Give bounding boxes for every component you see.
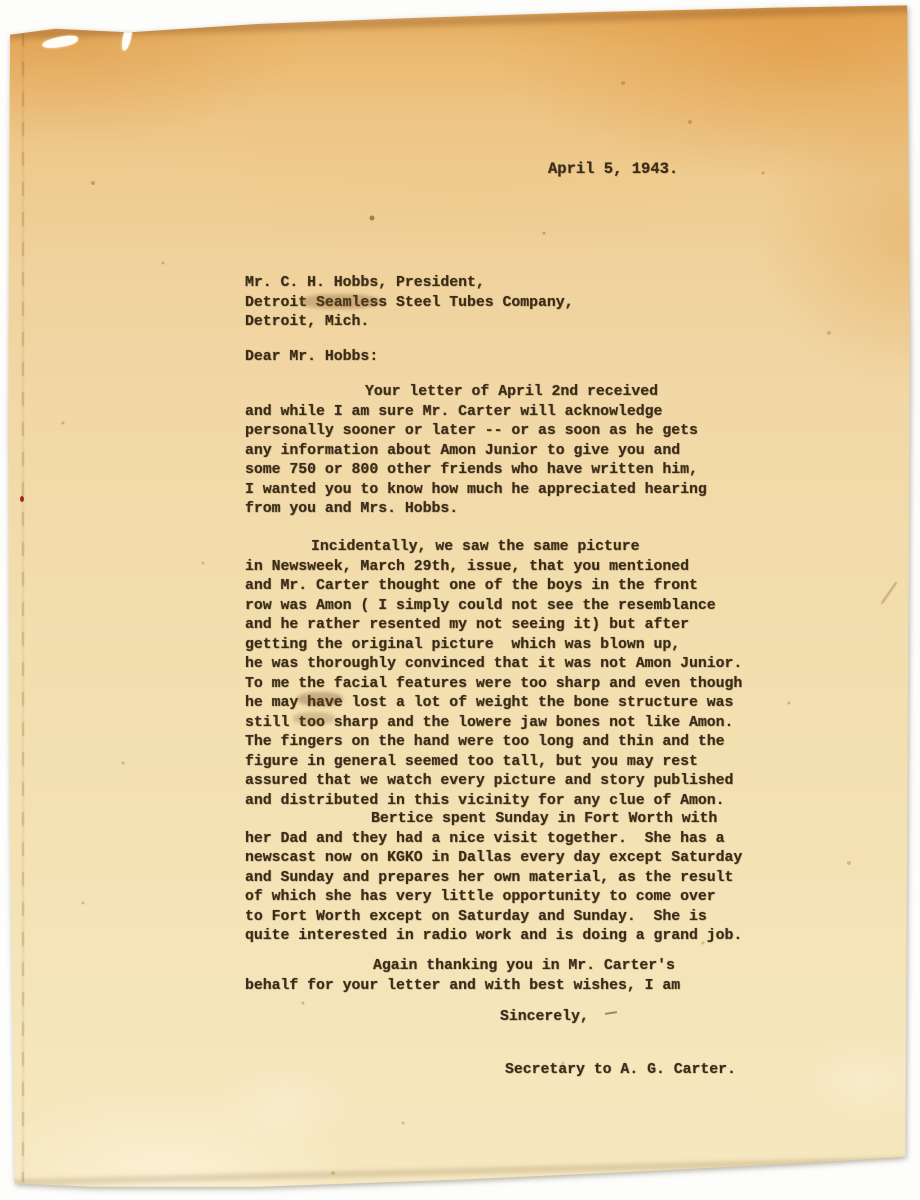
paper-shadow-wrap: April 5, 1943. Mr. C. H. Hobbs, Presiden… bbox=[0, 0, 920, 1200]
recipient-address: Mr. C. H. Hobbs, President, Detroit Seam… bbox=[245, 274, 574, 333]
date-line: April 5, 1943. bbox=[548, 160, 678, 180]
signature-line: Secretary to A. G. Carter. bbox=[505, 1061, 736, 1081]
paragraph-1: Your letter of April 2nd received and wh… bbox=[245, 383, 805, 520]
salutation: Dear Mr. Hobbs: bbox=[245, 348, 378, 368]
ink-smudge bbox=[297, 692, 343, 706]
paper-specks bbox=[0, 0, 2, 2]
complimentary-close: Sincerely, bbox=[500, 1008, 589, 1028]
typed-text-block: April 5, 1943. Mr. C. H. Hobbs, Presiden… bbox=[0, 0, 920, 1200]
ink-smudge bbox=[293, 712, 335, 725]
paragraph-4: Again thanking you in Mr. Carter's behal… bbox=[245, 957, 805, 996]
paragraph-2: Incidentally, we saw the same picture in… bbox=[245, 538, 805, 811]
scanned-letter: April 5, 1943. Mr. C. H. Hobbs, Presiden… bbox=[0, 0, 920, 1200]
ink-smudge bbox=[300, 294, 380, 309]
paragraph-3: Bertice spent Sunday in Fort Worth with … bbox=[245, 810, 805, 947]
letter-page: April 5, 1943. Mr. C. H. Hobbs, Presiden… bbox=[0, 0, 920, 1200]
